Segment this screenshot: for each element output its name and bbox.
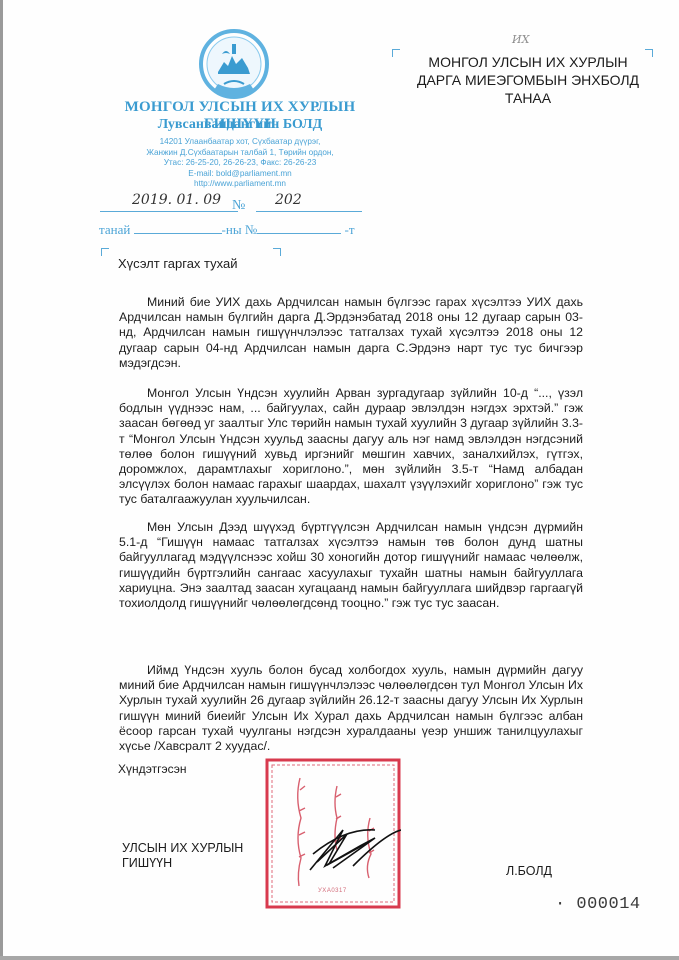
email-line: E-mail: bold@parliament.mn	[92, 169, 388, 180]
state-emblem-icon	[196, 28, 272, 104]
addressee-block: МОНГОЛ УЛСЫН ИХ ХУРЛЫН ДАРГА МИЕЭГОМБЫН …	[400, 53, 656, 107]
ref-number-blank	[257, 222, 341, 234]
subject-line: Хүсэлт гаргах тухай	[118, 256, 237, 271]
body-paragraph: Мөн Улсын Дээд шүүхэд бүртгүүлсэн Ардчил…	[119, 520, 583, 611]
address-line: Жанжин Д.Сүхбаатарын талбай 1, Төрийн ор…	[92, 148, 388, 159]
letter-page: МОНГОЛ УЛСЫН ИХ ХУРЛЫН ГИШҮҮН Лувсанванд…	[0, 0, 679, 960]
ref-date-blank	[134, 222, 222, 234]
body-paragraph: Миний бие УИХ дахь Ардчилсан намын бүлгэ…	[119, 295, 583, 371]
corner-mark-icon	[101, 248, 109, 256]
corner-mark-icon	[392, 49, 400, 57]
signer-title: УЛСЫН ИХ ХУРЛЫН ГИШҮҮН	[122, 841, 243, 871]
member-name: Лувсанвандангийн БОЛД	[92, 117, 388, 133]
date-underline	[100, 211, 238, 212]
handwritten-date: 2019. 01. 09	[132, 192, 221, 208]
ref-suffix: -т	[344, 222, 354, 237]
handwritten-number: 202	[275, 192, 302, 208]
closing-salutation: Хүндэтгэсэн	[118, 762, 187, 776]
address-line: 14201 Улаанбаатар хот, Сүхбаатар дүүрэг,	[92, 137, 388, 148]
reference-row: танай -ны № -т	[99, 222, 355, 238]
address-block: 14201 Улаанбаатар хот, Сүхбаатар дүүрэг,…	[92, 137, 388, 190]
body-paragraph: Иймд Үндсэн хууль болон бусад холбогдох …	[119, 663, 583, 754]
red-seal-stamp-icon	[265, 758, 401, 909]
stamp-code: УХА0317	[318, 888, 347, 894]
phone-line: Утас: 26-25-20, 26-26-23, Факс: 26-26-23	[92, 158, 388, 169]
serial-number-value: 000014	[576, 895, 640, 914]
signer-name: Л.БОЛД	[506, 864, 552, 878]
number-sign: №	[232, 198, 245, 214]
addressee-line: МОНГОЛ УЛСЫН ИХ ХУРЛЫН	[400, 53, 656, 71]
addressee-line: ДАРГА МИЕЭГОМБЫН ЭНХБОЛД	[400, 71, 656, 89]
corner-mark-icon	[273, 248, 281, 256]
number-underline	[256, 211, 362, 212]
signer-title-line: ГИШҮҮН	[122, 856, 243, 871]
ref-middle: -ны №	[222, 222, 258, 237]
signer-title-line: УЛСЫН ИХ ХУРЛЫН	[122, 841, 243, 856]
handwritten-note: ИХ	[512, 33, 529, 46]
page-edge-bottom	[0, 956, 679, 960]
ref-prefix: танай	[99, 222, 130, 237]
addressee-line: ТАНАА	[400, 89, 656, 107]
serial-number: · 000014	[555, 895, 641, 914]
body-paragraph: Монгол Улсын Үндсэн хуулийн Арван зургад…	[119, 386, 583, 508]
page-edge-left	[0, 0, 3, 960]
website-line: http://www.parliament.mn	[92, 179, 388, 190]
